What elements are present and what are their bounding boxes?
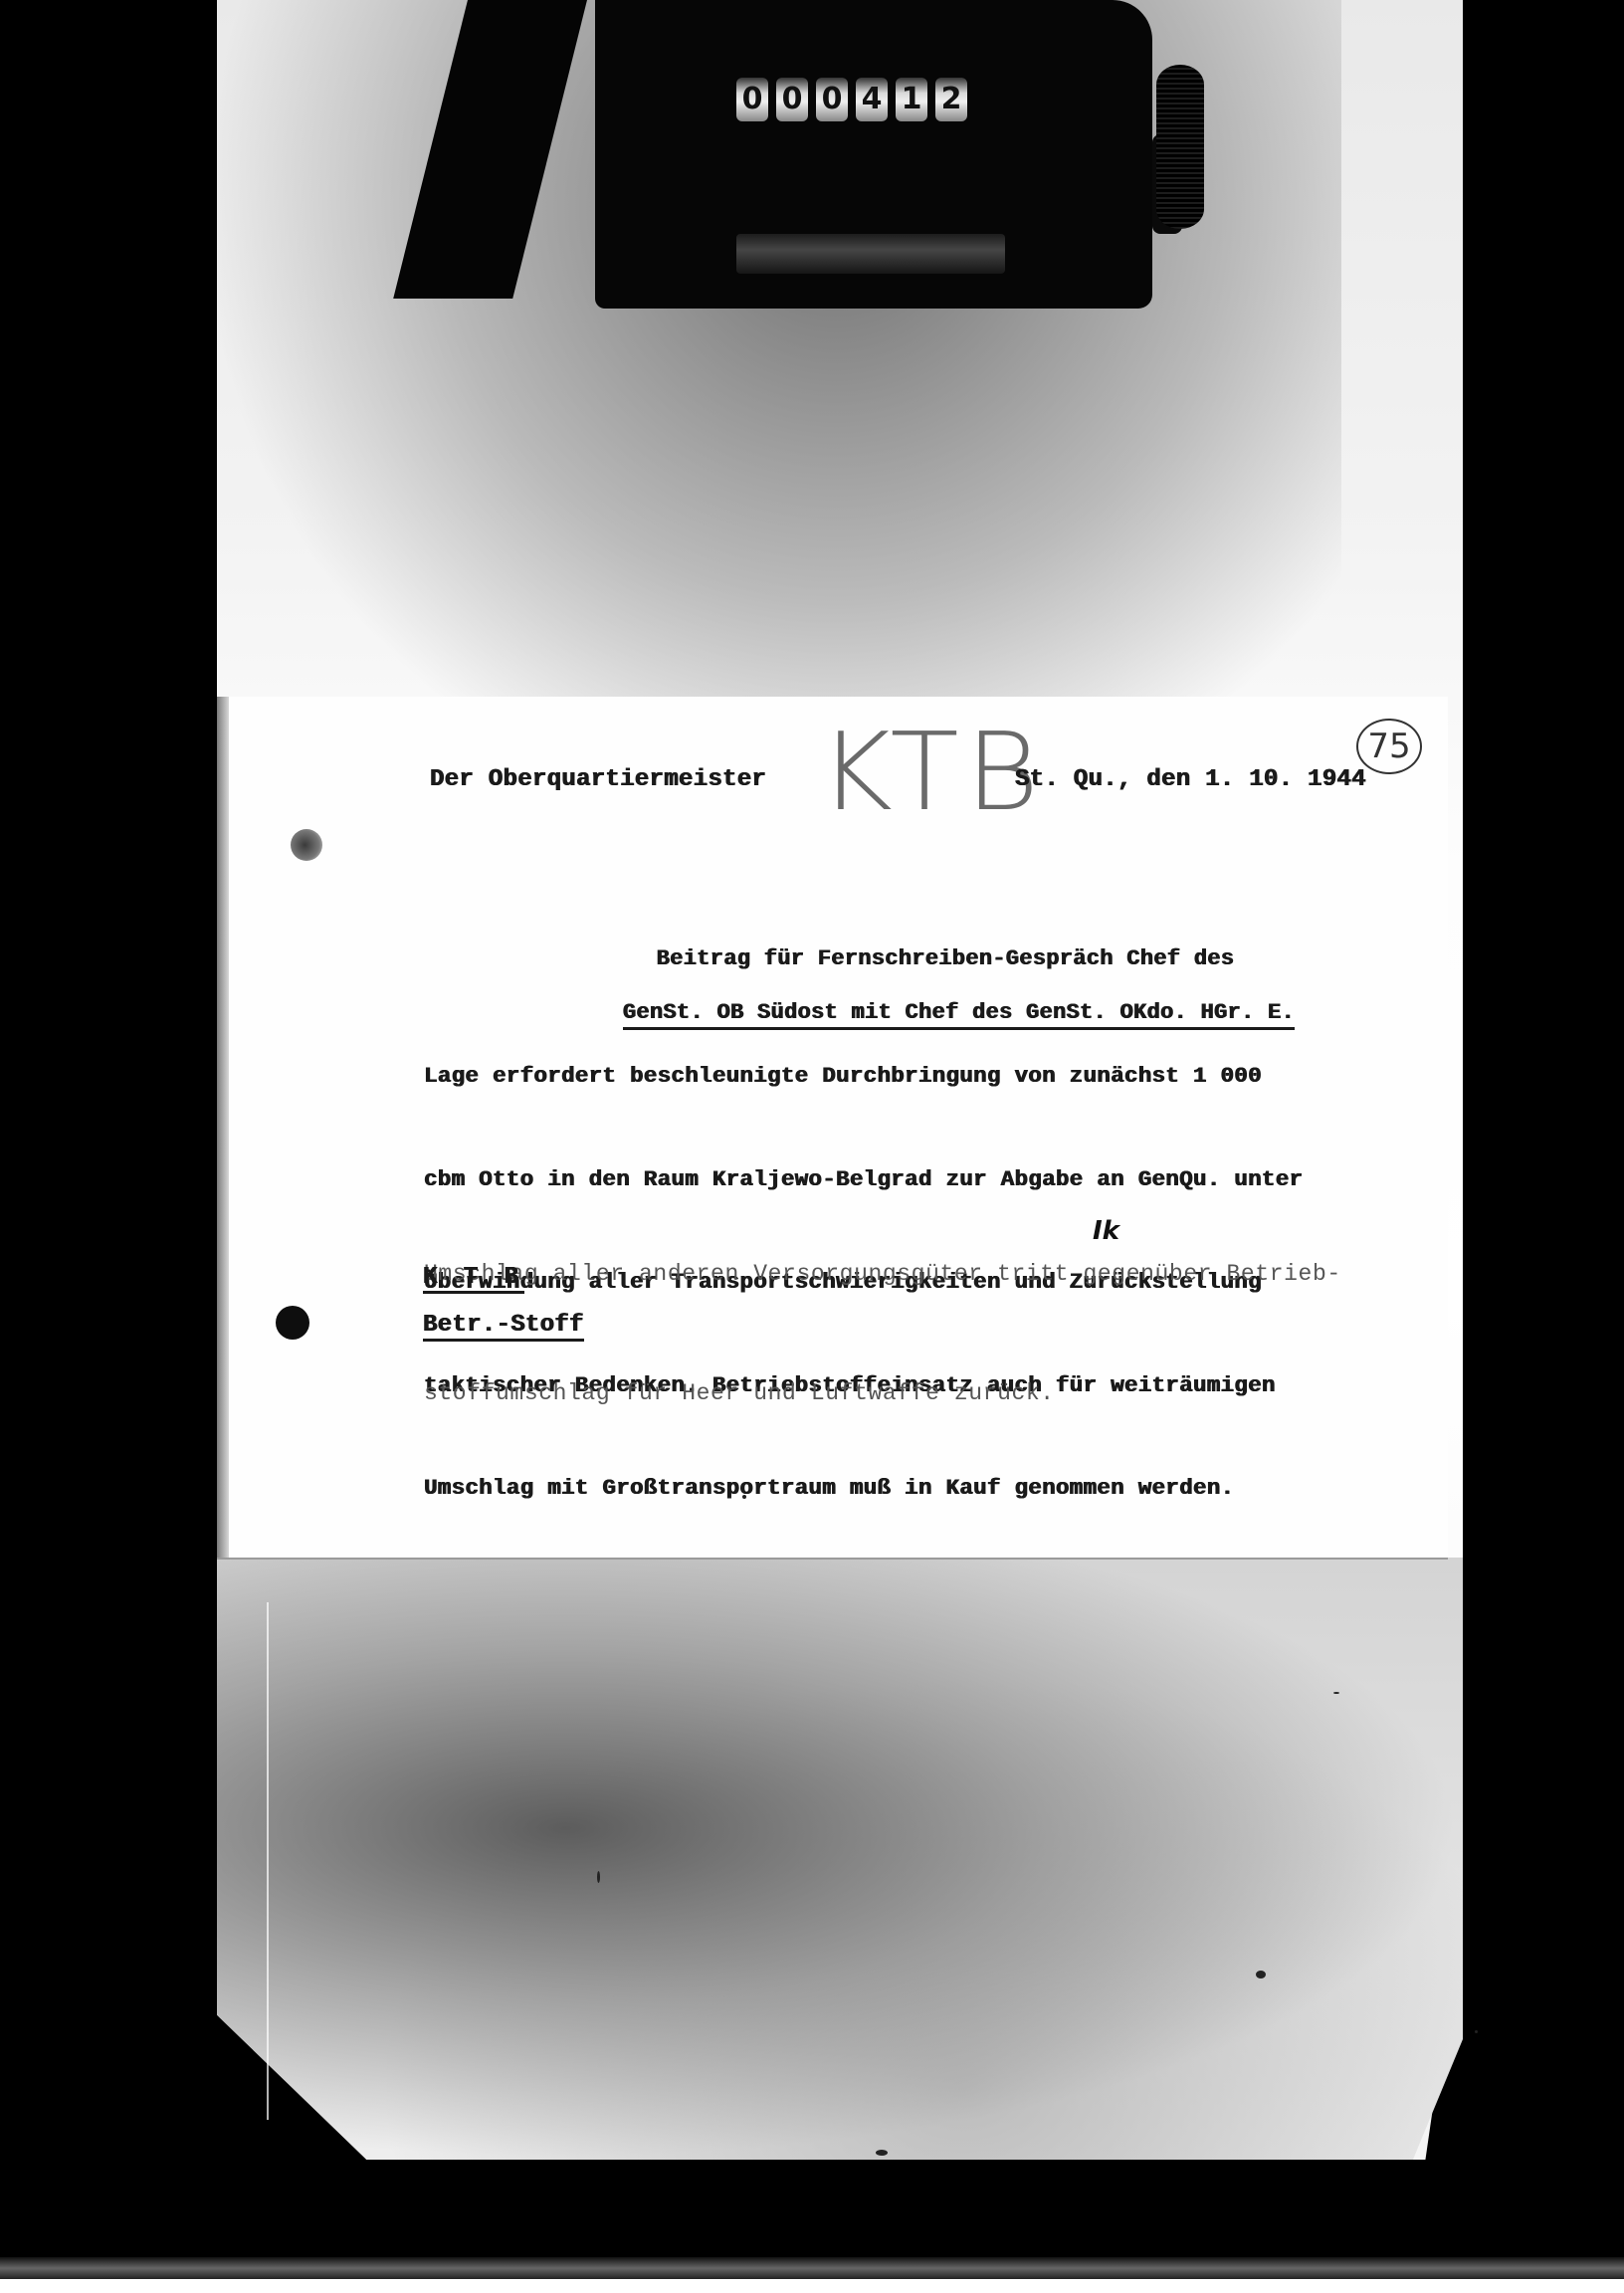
sheet-left-edge <box>217 697 229 1558</box>
fold-line <box>267 1602 269 2120</box>
film-edge-margin <box>0 2279 1624 2293</box>
title-line-1: Beitrag für Fernschreiben-Gespräch Chef … <box>557 945 1333 972</box>
body-line: Umschlag aller anderen Versorgungsgüter … <box>424 1254 1341 1294</box>
counter-digit: 1 <box>896 78 927 121</box>
body-line: stoffumschlag für Heer und Luftwaffe zur… <box>424 1373 1341 1413</box>
circled-page-number: 75 <box>1356 719 1422 774</box>
counter-digit: 4 <box>856 78 888 121</box>
punch-hole-icon <box>276 1306 309 1340</box>
counter-reset-knob <box>1156 65 1204 229</box>
body-line: Umschlag mit Großtransportraum muß in Ka… <box>424 1471 1303 1506</box>
dust-speck <box>597 1871 600 1883</box>
dust-speck <box>1333 1692 1339 1694</box>
stained-backing-sheet <box>217 1558 1463 2160</box>
counter-digits: 0 0 0 4 1 2 <box>736 78 967 121</box>
handwritten-ktb-stamp: KTB <box>819 711 1046 835</box>
dust-speck <box>1475 2030 1478 2033</box>
distribution-betr-stoff: Betr.-Stoff <box>423 1312 584 1342</box>
counter-digit: 2 <box>935 78 967 121</box>
counter-slot <box>736 234 1005 274</box>
place-date: St. Qu., den 1. 10. 1944 <box>1015 766 1366 793</box>
sender-label: Der Oberquartiermeister <box>430 766 766 793</box>
distribution-ktb: K T B <box>423 1264 524 1294</box>
handwritten-initials: Ik <box>1093 1216 1119 1246</box>
punch-hole-icon <box>291 829 322 861</box>
counter-digit: 0 <box>736 78 768 121</box>
film-edge-band <box>0 2257 1624 2279</box>
body-line: Lage erfordert beschleunigte Durchbringu… <box>424 1059 1303 1094</box>
counter-digit: 0 <box>816 78 848 121</box>
counter-digit: 0 <box>776 78 808 121</box>
dust-speck <box>876 2150 888 2156</box>
dust-speck <box>742 1495 746 1499</box>
dust-speck <box>1256 1971 1266 1979</box>
